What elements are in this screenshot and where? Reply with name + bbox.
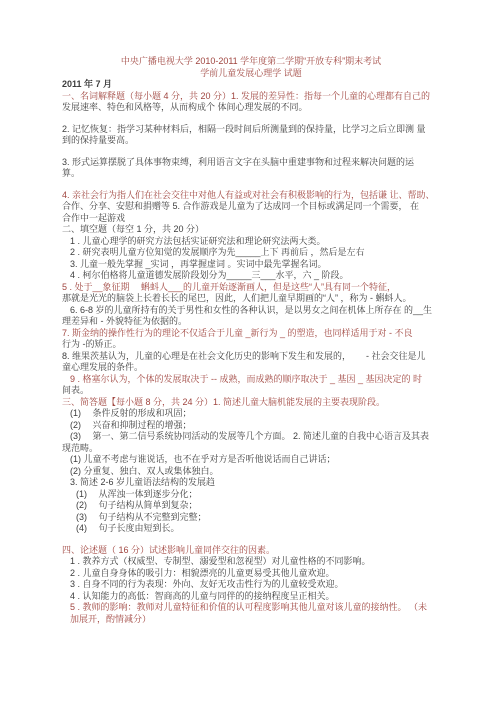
document-line: 2. 记忆恢复：指学习某种材料后，相隔一段时间后所测量到的保持量，比学习之后立即… <box>62 124 440 136</box>
document-line: 算。 <box>62 168 440 180</box>
document-line: 合作、分享、安慰和捐赠等 5. 合作游戏是儿童为了达成同一个目标或满足同一个需要… <box>62 201 440 213</box>
exam-subtitle: 学前儿童发展心理学 试题 <box>62 68 440 80</box>
document-line: (1) 从浑浊一体到逐步分化； <box>62 489 440 501</box>
document-line: (2) 分重复、独白、双人或集体独白。 <box>62 466 440 478</box>
document-line: 发展速率、特色和风格等，从而构成个 体间心理发展的不同。 <box>62 102 440 114</box>
document-line: 4 . 认知能力的高低：智商高的儿童与同伴的的接纳程度呈正相关。 <box>62 591 440 603</box>
document-line: (2) 兴奋和抑制过程的增强； <box>62 420 440 432</box>
document-line: 那就是光光的脑袋上长着长长的尾巴，因此，人们把儿童早期画的“人” ，称为 - 蝌… <box>62 293 440 305</box>
document-line: 行为 -的矫正。 <box>62 339 440 351</box>
document-line: 合作中一起游戏 <box>62 213 440 225</box>
document-line: 1 . 教养方式（权威型、专制型、溺爱型和忽视型）对儿童性格的不同影响。 <box>62 556 440 568</box>
document-line: 二、填空题（每空 1 分，共 20 分） <box>62 224 440 236</box>
document-line: (3) 句子结构从不完整到完整； <box>62 512 440 524</box>
document-line: 4 . 柯尔伯格将儿童道德发展阶段划分为_____三___水平，六 _ 阶段。 <box>62 270 440 282</box>
document-line: 1 . 儿童心理学的研究方法包括实证研究法和理论研究法两大类。 <box>62 236 440 248</box>
document-line: 2 . 儿童自身身体的吸引力：相貌漂亮的儿童更易受其他儿童欢迎。 <box>62 568 440 580</box>
document-line: 加展开，酌情减分） <box>62 614 440 626</box>
document-line: 6. 6-8 岁的儿童所持有的关于男性和女性的各种认识，是以男女之间在机体上所存… <box>62 305 440 317</box>
document-body: 一、名词解释题（每小题 4 分，共 20 分）1. 发展的差异性：指每一个儿童的… <box>62 91 440 626</box>
exam-page: 中央广播电视大学 2010-2011 学年度第二学期“开放专科”期末考试 学前儿… <box>0 0 500 708</box>
document-line: 2 . 研究表明儿童方位知觉的发展顺序为先_____上下 再前后 ，然后是左右 <box>62 247 440 259</box>
document-line: 4. 亲社会行为指人们在社会交往中对他人有益或对社会有积极影响的行为，包括谦 让… <box>62 190 440 202</box>
document-line: 四、论述题（ 16 分）试述影响儿童同伴交往的因素。 <box>62 545 440 557</box>
document-line: 3. 简述 2-6 岁儿童语法结构的发展趋 <box>62 477 440 489</box>
document-line: (3) 第一、第二信号系统协同活动的发展等几个方面。 2. 简述儿童的自我中心语… <box>62 431 440 443</box>
exam-date: 2011 年 7 月 <box>62 79 440 91</box>
document-line: (4) 句子长度由短到长。 <box>62 523 440 535</box>
document-line: 9 . 格塞尔认为，个体的发展取决于 -- 成熟，而成熟的顺序取决于 _ 基因 … <box>62 374 440 386</box>
document-line: 理差异和 - 外貌特征为依据的。 <box>62 316 440 328</box>
document-line: (1) 条件反射的形成和巩固； <box>62 408 440 420</box>
document-line: 3 . 自身不同的行为表现：外向、友好无攻击性行为的儿童较受欢迎。 <box>62 579 440 591</box>
document-line: (2) 句子结构从简单到复杂； <box>62 500 440 512</box>
document-line: 8. 维果茨基认为，儿童的心理是在社会文化历史的影响下发生和发展的， - 社会交… <box>62 351 440 363</box>
document-line: 一、名词解释题（每小题 4 分，共 20 分）1. 发展的差异性：指每一个儿童的… <box>62 91 440 103</box>
document-line: 到的保持量要高。 <box>62 135 440 147</box>
exam-title: 中央广播电视大学 2010-2011 学年度第二学期“开放专科”期末考试 <box>62 56 440 68</box>
document-line: 3. 形式运算摆脱了具体事物束缚，利用语言文字在头脑中重建事物和过程来解决问题的… <box>62 157 440 169</box>
document-line: 童心理发展的条件。 <box>62 362 440 374</box>
document-line: (1) 儿童不考虑与谁说话，也不在乎对方是否听他说话而自己讲话； <box>62 454 440 466</box>
document-line: 间表。 <box>62 385 440 397</box>
document-line: 5 . 教师的影响：教师对儿童特征和价值的认可程度影响其他儿童对该儿童的接纳性。… <box>62 602 440 614</box>
document-line: 7. 斯金纳的操作性行为的理论不仅适合于儿童 _新行为 _ 的塑造，也同样适用于… <box>62 328 440 340</box>
document-line: 三、简答题【每小题 8 分，共 24 分）1. 简述儿童大脑机能发展的主要表现阶… <box>62 397 440 409</box>
document-line: 现范畴。 <box>62 443 440 455</box>
document-line: 3. 儿童一般先掌握 _实词 ，再掌握虚词 。实词中最先掌握名词。 <box>62 259 440 271</box>
document-line: 5 . 处于__象征期 蝌蚪人___的儿童开始逐渐画人，但是这些“人”具有同一个… <box>62 282 440 294</box>
